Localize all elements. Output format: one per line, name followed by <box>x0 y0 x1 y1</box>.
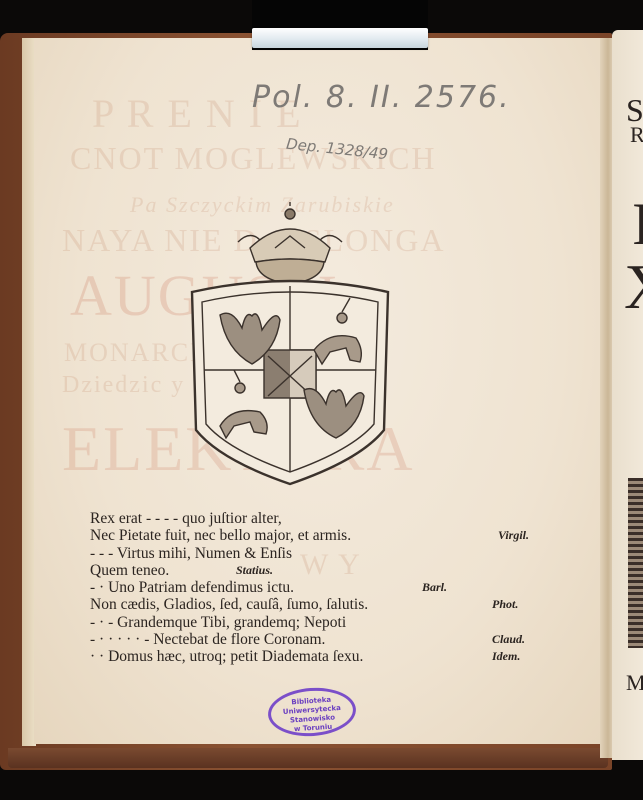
verse-line: · · Domus hæc, utroq; petit Diademata ſe… <box>90 648 540 665</box>
shelfmark-line1: Pol. 8. II. 2576. <box>252 80 511 115</box>
verse-attribution: Claud. <box>492 631 525 648</box>
crown-icon <box>238 202 342 284</box>
verse-attribution: Phot. <box>492 596 518 613</box>
recto-letter: I <box>632 190 643 259</box>
verse-attribution: Virgil. <box>498 527 529 544</box>
verse-line: - · · · · · - Nectebat de flore Coronam.… <box>90 631 540 648</box>
coat-of-arms-illustration <box>180 200 400 490</box>
verse-line: - - - Virtus mihi, Numen & Enſis <box>90 545 540 562</box>
verse-line: Rex erat - - - - quo juſtior alter, <box>90 510 540 527</box>
verse-line: Quem teneo.Statius. <box>90 562 540 579</box>
book-cover-bottom-edge <box>8 748 608 768</box>
recto-letter: M <box>626 670 643 696</box>
verse-line: Nec Pietate fuit, nec bello major, et ar… <box>90 527 540 544</box>
glass-plate <box>252 28 428 48</box>
verse-line: Non cædis, Gladios, ſed, cauſâ, ſumo, ſa… <box>90 596 540 613</box>
recto-letter: X <box>624 250 643 324</box>
verse-attribution: Statius. <box>236 562 273 579</box>
recto-page-edge: S R I X M <box>612 30 643 760</box>
recto-letter: R <box>630 122 643 148</box>
recto-woodcut <box>628 478 643 648</box>
verse-line: - · Uno Patriam defendimus ictu.Barl. <box>90 579 540 596</box>
verse-attribution: Idem. <box>492 648 520 665</box>
verse-line: - · - Grandemque Tibi, grandemq; Nepoti <box>90 614 540 631</box>
verse-attribution: Barl. <box>422 579 447 596</box>
shield-icon <box>192 281 388 484</box>
latin-verses: Rex erat - - - - quo juſtior alter, Nec … <box>90 510 540 666</box>
